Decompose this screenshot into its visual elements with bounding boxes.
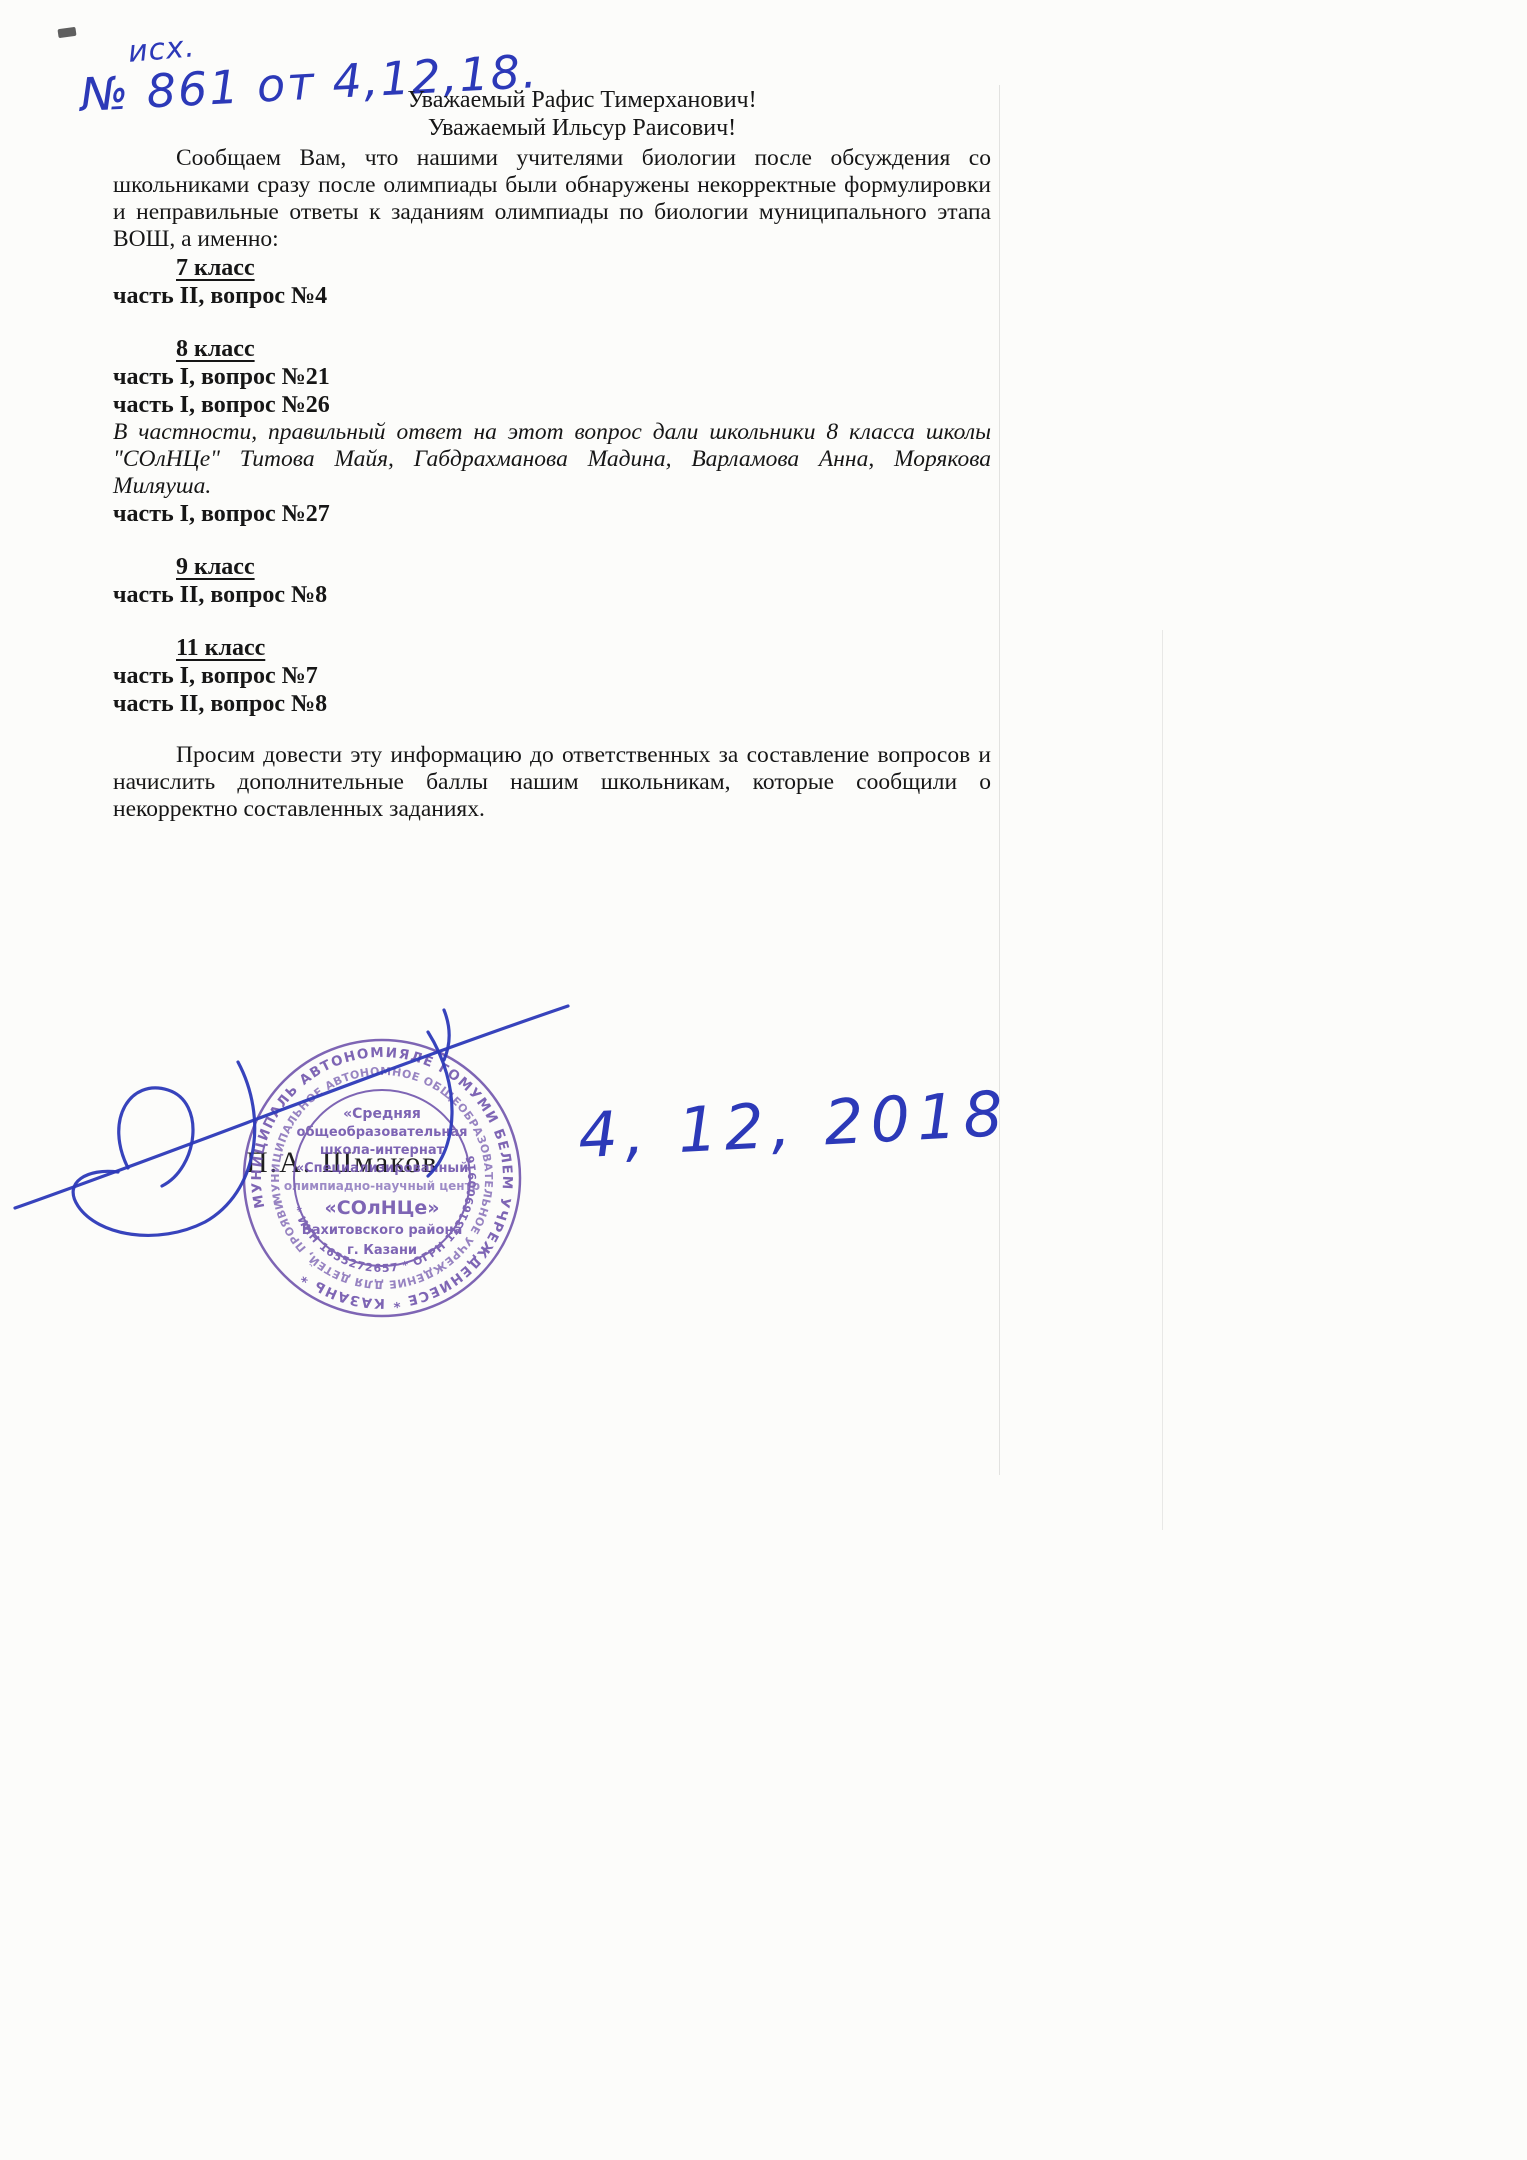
class-header-11: 11 класс	[113, 634, 991, 662]
svg-text:г. Казани: г. Казани	[347, 1243, 417, 1258]
question-item: часть I, вопрос №7	[113, 662, 991, 690]
class-header-7-label: 7 класс	[176, 255, 255, 281]
fold-line-1	[999, 85, 1000, 1475]
question-item: часть I, вопрос №26	[113, 391, 991, 419]
class-header-9-label: 9 класс	[176, 554, 255, 580]
question-item: часть II, вопрос №4	[113, 282, 991, 310]
scan-artifact	[57, 27, 76, 38]
clarification-note: В частности, правильный ответ на этот во…	[113, 419, 991, 500]
svg-text:«Средняя: «Средняя	[343, 1106, 421, 1122]
question-item: часть I, вопрос №27	[113, 500, 991, 528]
section-grade-11: 11 класс часть I, вопрос №7 часть II, во…	[113, 634, 991, 718]
salutation-line-2: Уважаемый Ильсур Раисович!	[143, 114, 1021, 142]
svg-text:«Специализированный: «Специализированный	[296, 1161, 469, 1176]
class-header-7: 7 класс	[113, 254, 991, 282]
section-grade-7: 7 класс часть II, вопрос №4	[113, 254, 991, 310]
letter-body: Уважаемый Рафис Тимерханович! Уважаемый …	[113, 86, 991, 823]
fold-line-2	[1162, 630, 1163, 1530]
section-grade-9: 9 класс часть II, вопрос №8	[113, 553, 991, 609]
class-header-11-label: 11 класс	[176, 635, 265, 661]
question-item: часть II, вопрос №8	[113, 690, 991, 718]
class-header-8-label: 8 класс	[176, 336, 255, 362]
letter-page: исх. № 861 от 4,12,18. Уважаемый Рафис Т…	[0, 0, 1527, 2160]
closing-paragraph: Просим довести эту информацию до ответст…	[113, 742, 991, 823]
svg-text:«СОлНЦе»: «СОлНЦе»	[325, 1197, 440, 1219]
intro-paragraph: Сообщаем Вам, что нашими учителями биоло…	[113, 145, 991, 253]
svg-text:Вахитовского района: Вахитовского района	[302, 1223, 462, 1238]
svg-text:общеобразовательная: общеобразовательная	[297, 1125, 468, 1140]
section-grade-8: 8 класс часть I, вопрос №21 часть I, воп…	[113, 335, 991, 528]
salutation-line-1: Уважаемый Рафис Тимерханович!	[143, 86, 1021, 114]
class-header-9: 9 класс	[113, 553, 991, 581]
question-item: часть I, вопрос №21	[113, 363, 991, 391]
stamp-center-text: «Средняя общеобразовательная школа-интер…	[284, 1106, 481, 1258]
handwritten-date: 4, 12, 2018	[576, 1077, 1011, 1173]
question-item: часть II, вопрос №8	[113, 581, 991, 609]
official-stamp: МУНИЦИПАЛЬ АВТОНОМИЯЛЕ ГОМУМИ БЕЛЕМ УЧРЕ…	[232, 1028, 532, 1328]
svg-text:школа-интернат: школа-интернат	[320, 1143, 445, 1158]
class-header-8: 8 класс	[113, 335, 991, 363]
svg-text:олимпиадно-научный центр: олимпиадно-научный центр	[284, 1179, 481, 1193]
